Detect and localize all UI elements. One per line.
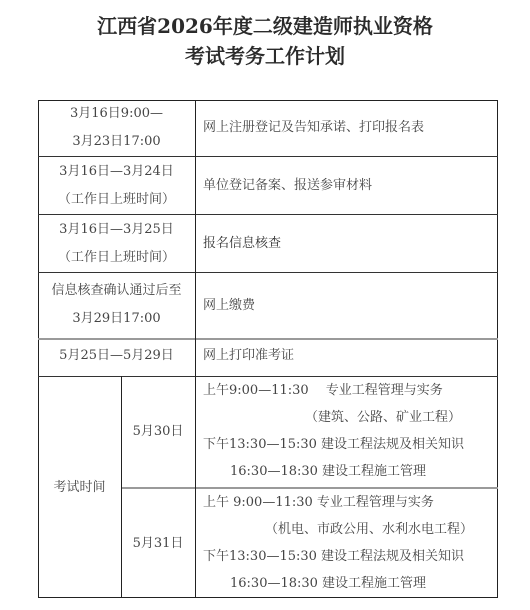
row5-time: 5月25日—5月29日 bbox=[38, 342, 195, 370]
exam-day2-afternoon2: 16:30—18:30 建设工程施工管理 bbox=[230, 570, 426, 598]
exam-label: 考试时间 bbox=[38, 474, 121, 502]
row4-time-line2: 3月29日17:00 bbox=[38, 305, 195, 333]
row-divider bbox=[38, 272, 498, 273]
row3-time-line2: （工作日上班时间） bbox=[38, 244, 195, 272]
row2-time-line1: 3月16日—3月24日 bbox=[38, 158, 195, 186]
column-divider bbox=[195, 100, 196, 598]
row1-time-line2: 3月23日17:00 bbox=[38, 128, 195, 156]
exam-day1-afternoon: 下午13:30—15:30 建设工程法规及相关知识 bbox=[203, 431, 464, 459]
row-divider bbox=[38, 338, 498, 340]
exam-day1-morning: 上午9:00—11:30 专业工程管理与实务 bbox=[203, 377, 443, 405]
row4-time-line1: 信息核查确认通过后至 bbox=[38, 277, 195, 305]
exam-date-divider bbox=[121, 376, 122, 598]
row5-task: 网上打印准考证 bbox=[203, 342, 294, 370]
exam-day1-morning-subjects: （建筑、公路、矿业工程） bbox=[305, 404, 461, 432]
row4-task: 网上缴费 bbox=[203, 292, 255, 320]
row2-time: 3月16日—3月24日 （工作日上班时间） bbox=[38, 158, 195, 214]
exam-day2-afternoon: 下午13:30—15:30 建设工程法规及相关知识 bbox=[203, 543, 464, 571]
row1-task: 网上注册登记及告知承诺、打印报名表 bbox=[203, 114, 424, 142]
exam-day2-date: 5月31日 bbox=[121, 530, 195, 558]
row1-time: 3月16日9:00— 3月23日17:00 bbox=[38, 100, 195, 156]
document-title-line1: 江西省2026年度二级建造师执业资格 bbox=[0, 10, 530, 39]
exam-day2-morning-subjects: （机电、市政公用、水利水电工程） bbox=[265, 516, 473, 544]
document-title-line2: 考试考务工作计划 bbox=[0, 40, 530, 69]
row3-task: 报名信息核查 bbox=[203, 230, 281, 258]
row3-time: 3月16日—3月25日 （工作日上班时间） bbox=[38, 216, 195, 272]
row-divider bbox=[38, 156, 498, 157]
exam-day1-afternoon2: 16:30—18:30 建设工程施工管理 bbox=[230, 458, 426, 486]
row-divider bbox=[38, 214, 498, 215]
exam-day1-date: 5月30日 bbox=[121, 418, 195, 446]
row2-task: 单位登记备案、报送参审材料 bbox=[203, 172, 372, 200]
row3-time-line1: 3月16日—3月25日 bbox=[38, 216, 195, 244]
row1-time-line1: 3月16日9:00— bbox=[38, 100, 195, 128]
exam-day2-morning: 上午 9:00—11:30 专业工程管理与实务 bbox=[203, 489, 434, 517]
row4-time: 信息核查确认通过后至 3月29日17:00 bbox=[38, 277, 195, 337]
row2-time-line2: （工作日上班时间） bbox=[38, 186, 195, 214]
